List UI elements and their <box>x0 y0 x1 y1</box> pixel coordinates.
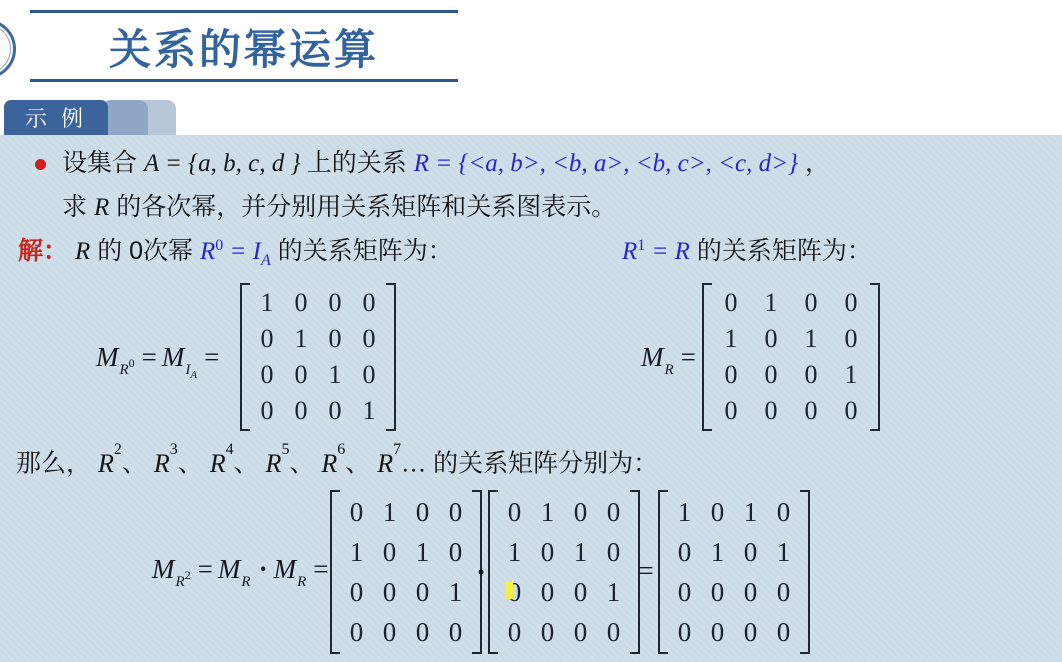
matrix-cell: 0 <box>736 572 765 612</box>
matrix-cell: 1 <box>703 532 732 572</box>
matrix-cell: 0 <box>754 393 788 429</box>
matrix-cell: 0 <box>670 612 699 652</box>
matrix-cell: 1 <box>533 492 562 532</box>
task-post-text: 的各次幂，并分别用关系矩阵和关系图表示。 <box>116 193 616 221</box>
problem-mid-text: 上的关系 <box>307 149 414 177</box>
matrix-cell: 0 <box>533 612 562 652</box>
matrix-cell: 1 <box>441 572 470 612</box>
matrix-cell: 0 <box>441 532 470 572</box>
matrix-cell: 0 <box>342 572 371 612</box>
matrix-cell: 0 <box>599 612 628 652</box>
matrix-cell: 0 <box>342 492 371 532</box>
matrix-cell: 0 <box>320 321 350 357</box>
matrix-cell: 1 <box>354 393 384 429</box>
title-rule-top <box>30 10 458 13</box>
bracket-right <box>800 490 810 654</box>
matrix-cell: 0 <box>736 532 765 572</box>
r1-intro: R1 = R 的关系矩阵为： <box>622 234 872 272</box>
matrix-cell: 0 <box>533 572 562 612</box>
matrix-label-mr: MR= <box>641 344 701 371</box>
power-r4: R4 <box>210 449 234 478</box>
matrix-cell: 0 <box>342 612 371 652</box>
bracket-left <box>658 490 668 654</box>
matrix-cell: 0 <box>714 357 748 393</box>
problem-comma: ， <box>805 149 830 177</box>
matrix-cell: 0 <box>320 285 350 321</box>
example-tab: 示 例 <box>4 100 108 135</box>
bullet-dot <box>35 159 46 170</box>
example-tab-label: 示 例 <box>25 102 87 133</box>
matrix-cell: 1 <box>834 357 868 393</box>
matrix-cell: 0 <box>286 357 316 393</box>
matrix-cell: 1 <box>566 532 595 572</box>
title-rule-bottom <box>30 79 458 82</box>
matrix-cell: 1 <box>736 492 765 532</box>
matrix-cell: 0 <box>566 612 595 652</box>
matrix-cell: 0 <box>754 357 788 393</box>
matrix-cell: 0 <box>670 572 699 612</box>
separator: 、 <box>122 450 147 478</box>
problem-pre-text: 设集合 <box>62 149 144 177</box>
bracket-left <box>702 283 712 431</box>
problem-line-2: 求 R 的各次幂，并分别用关系矩阵和关系图表示。 <box>62 190 616 225</box>
matrix-cell: 1 <box>500 532 529 572</box>
matrix-cell: 1 <box>769 532 798 572</box>
matrix-grid: 1010010100000000 <box>668 490 800 654</box>
bracket-right <box>870 283 880 431</box>
multiplication-dot: · <box>476 558 486 588</box>
separator: 、 <box>234 450 259 478</box>
power-r3: R3 <box>154 449 178 478</box>
matrix-cell: 0 <box>354 285 384 321</box>
matrix-cell: 1 <box>320 357 350 393</box>
power-r7: R7 <box>377 449 401 478</box>
powers-line: 那么， R2、 R3、 R4、 R5、 R6、 R7… 的关系矩阵分别为： <box>16 441 658 482</box>
highlight-cursor <box>505 582 513 599</box>
matrix-cell: 0 <box>834 285 868 321</box>
matrix-result-mr2: 1010010100000000 <box>658 490 810 654</box>
logo-badge-icon <box>0 19 16 79</box>
matrix-cell: 1 <box>714 321 748 357</box>
solution-zero-post: 的关系矩阵为： <box>278 237 453 265</box>
matrix-cell: 0 <box>286 285 316 321</box>
bracket-left <box>488 490 498 654</box>
matrix-cell: 0 <box>252 393 282 429</box>
matrix-cell: 0 <box>500 492 529 532</box>
matrix-cell: 0 <box>408 572 437 612</box>
solution-zero-text: 的 0次幂 <box>97 237 200 265</box>
separator: 、 <box>178 450 203 478</box>
matrix-cell: 0 <box>736 612 765 652</box>
solution-variable: R <box>75 238 90 265</box>
matrix-cell: 1 <box>375 492 404 532</box>
matrix-grid: 1000010000100001 <box>250 283 386 431</box>
power-r2: R2 <box>98 449 122 478</box>
matrix-cell: 0 <box>375 612 404 652</box>
matrix-label-mr0: MR0=MIA= <box>96 344 224 371</box>
matrix-cell: 0 <box>286 393 316 429</box>
matrix-cell: 0 <box>714 285 748 321</box>
powers-post-text: 的关系矩阵分别为： <box>433 450 658 478</box>
bracket-left <box>240 283 250 431</box>
matrix-cell: 0 <box>834 393 868 429</box>
matrix-label-mr2: MR2=MR·MR= <box>152 556 334 583</box>
matrix-cell: 0 <box>599 532 628 572</box>
matrix-cell: 0 <box>252 357 282 393</box>
matrix-grid: 0100101000010000 <box>498 490 630 654</box>
set-definition: A = {a, b, c, d } <box>144 150 307 177</box>
r1-equation: R1 = R <box>622 238 690 265</box>
task-variable: R <box>94 194 109 221</box>
power-r6: R6 <box>321 449 345 478</box>
matrix-cell: 0 <box>375 572 404 612</box>
matrix-cell: 0 <box>769 492 798 532</box>
matrix-mr-factor-1: 0100101000010000 <box>330 490 482 654</box>
r0-equation: R0 = IA <box>200 238 271 265</box>
r1-post-text: 的关系矩阵为： <box>697 237 872 265</box>
matrix-cell: 1 <box>670 492 699 532</box>
matrix-cell: 0 <box>566 492 595 532</box>
matrix-cell: 0 <box>714 393 748 429</box>
matrix-cell: 0 <box>703 612 732 652</box>
matrix-cell: 0 <box>441 492 470 532</box>
matrix-grid: 0100101000010000 <box>712 283 870 431</box>
matrix-cell: 0 <box>408 492 437 532</box>
separator: 、 <box>345 450 370 478</box>
matrix-cell: 0 <box>754 321 788 357</box>
presentation-slide: 关系的幂运算 示 例 设集合 A = {a, b, c, d } 上的关系 R … <box>0 0 1062 662</box>
matrix-cell: 0 <box>794 285 828 321</box>
matrix-cell: 0 <box>252 321 282 357</box>
matrix-cell: 0 <box>408 612 437 652</box>
solution-intro: 解： R 的 0次幂 R0 = IA 的关系矩阵为： <box>18 234 453 272</box>
matrix-cell: 0 <box>441 612 470 652</box>
matrix-cell: 0 <box>500 612 529 652</box>
separator: 、 <box>289 450 314 478</box>
matrix-mr-factor-2: 0100101000010000 <box>488 490 640 654</box>
matrix-cell: 0 <box>769 612 798 652</box>
equals-sign: = <box>638 558 654 586</box>
matrix-cell: 0 <box>703 492 732 532</box>
matrix-cell: 0 <box>375 532 404 572</box>
solution-label: 解： <box>18 237 68 265</box>
matrix-cell: 0 <box>834 321 868 357</box>
matrix-cell: 1 <box>754 285 788 321</box>
matrix-cell: 0 <box>794 357 828 393</box>
matrix-cell: 1 <box>794 321 828 357</box>
problem-line-1: 设集合 A = {a, b, c, d } 上的关系 R = {<a, b>, … <box>62 146 830 181</box>
matrix-cell: 1 <box>286 321 316 357</box>
matrix-cell: 0 <box>703 572 732 612</box>
matrix-cell: 1 <box>252 285 282 321</box>
matrix-cell: 1 <box>408 532 437 572</box>
tab-accent-medium <box>104 100 148 135</box>
page-title: 关系的幂运算 <box>30 17 458 77</box>
task-pre-text: 求 <box>62 193 94 221</box>
matrix-cell: 0 <box>320 393 350 429</box>
matrix-cell: 0 <box>566 572 595 612</box>
bracket-right <box>386 283 396 431</box>
matrix-cell: 0 <box>354 321 384 357</box>
matrix-cell: 0 <box>354 357 384 393</box>
matrix-cell: 0 <box>670 532 699 572</box>
power-r5: R5 <box>266 449 290 478</box>
matrix-cell: 0 <box>794 393 828 429</box>
matrix-cell: 0 <box>599 492 628 532</box>
powers-pre-text: 那么， <box>16 450 91 478</box>
bracket-left <box>330 490 340 654</box>
relation-definition: R = {<a, b>, <b, a>, <b, c>, <c, d>} <box>414 150 798 177</box>
ellipsis: … <box>401 451 426 478</box>
matrix-cell: 1 <box>342 532 371 572</box>
matrix-cell: 1 <box>599 572 628 612</box>
matrix-cell: 0 <box>533 532 562 572</box>
matrix-cell: 0 <box>769 572 798 612</box>
matrix-mr: 0100101000010000 <box>702 283 880 431</box>
matrix-identity: 1000010000100001 <box>240 283 396 431</box>
matrix-grid: 0100101000010000 <box>340 490 472 654</box>
